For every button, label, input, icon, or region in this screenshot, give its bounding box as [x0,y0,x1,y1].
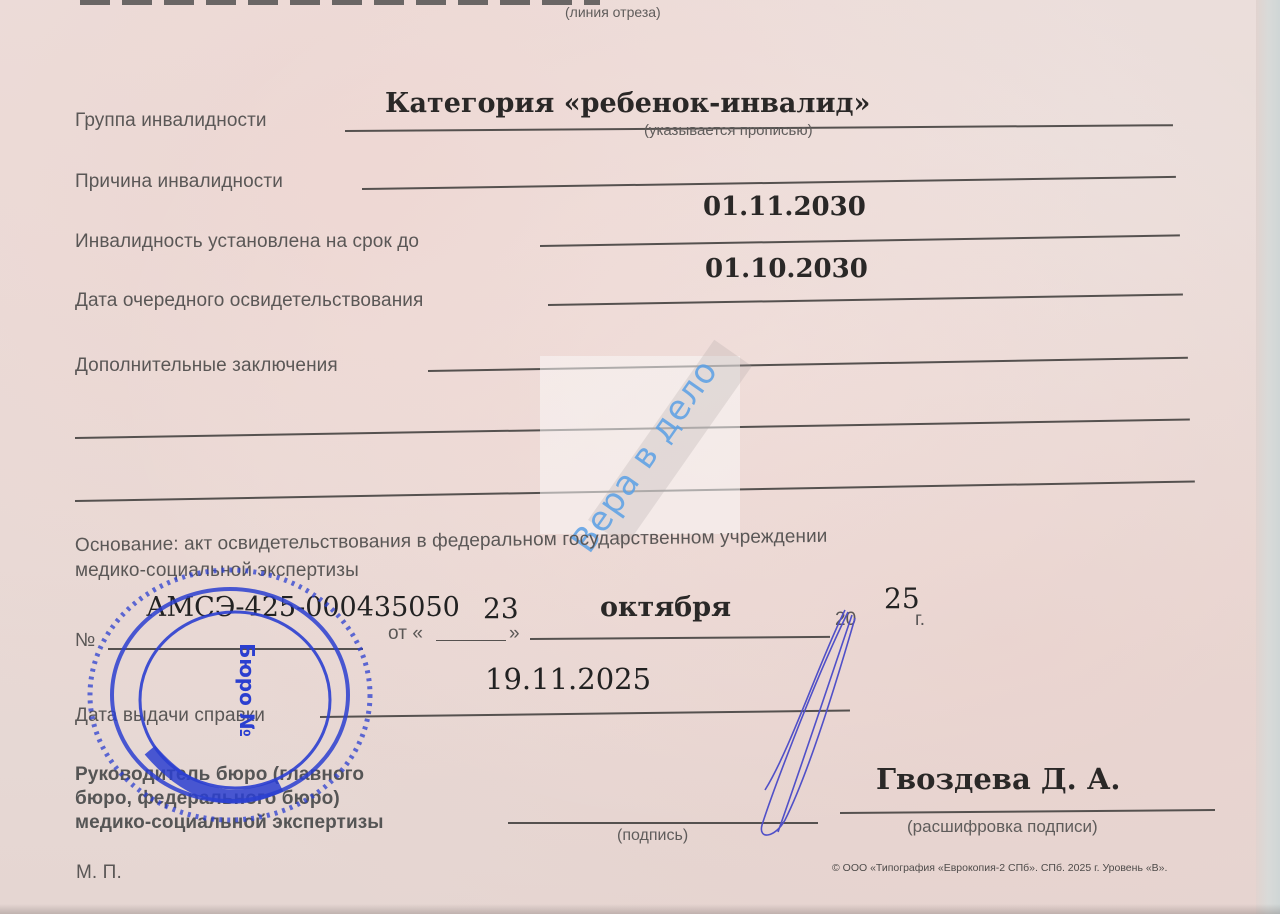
next-examination-label: Дата очередного освидетельствования [75,290,423,312]
official-stamp: Бюро № [60,560,420,850]
act-year-unit: г. [915,609,925,631]
disability-cause-line [362,176,1176,190]
imprint: © ООО «Типография «Еврокопия-2 СПб». СПб… [832,862,1167,874]
established-until-label: Инвалидность установлена на срок до [75,231,419,253]
certificate-page: (линия отреза) Группа инвалидности Катег… [0,0,1258,914]
act-day-value: 23 [483,592,519,625]
signature-hint: (подпись) [617,827,688,845]
seal-label: М. П. [76,862,122,884]
act-day-line [436,640,506,641]
next-examination-value: 01.10.2030 [705,254,868,284]
disability-group-hint: (указывается прописью) [644,122,813,139]
page-shadow [0,904,1280,914]
disability-group-label: Группа инвалидности [75,110,267,132]
cut-line-label: (линия отреза) [565,4,661,20]
established-until-line [540,234,1180,247]
signatory-name-line [840,809,1215,814]
stamp-center-text: Бюро № [235,643,259,737]
additional-conclusions-label: Дополнительные заключения [75,355,338,377]
cut-line [80,0,600,5]
signatory-name: Гвоздева Д. А. [876,762,1121,796]
next-examination-line [548,293,1183,306]
handwritten-signature [750,600,870,840]
established-until-value: 01.11.2030 [703,192,866,222]
basis-line-1: Основание: акт освидетельствования в фед… [75,526,828,557]
disability-cause-label: Причина инвалидности [75,171,283,193]
act-date-from-close: » [509,623,520,645]
act-month-value: октября [600,592,731,623]
disability-group-value: Категория «ребенок-инвалид» [385,88,870,119]
issue-date-value: 19.11.2025 [485,662,651,696]
page-edge [1256,0,1280,914]
signatory-name-hint: (расшифровка подписи) [907,817,1098,837]
